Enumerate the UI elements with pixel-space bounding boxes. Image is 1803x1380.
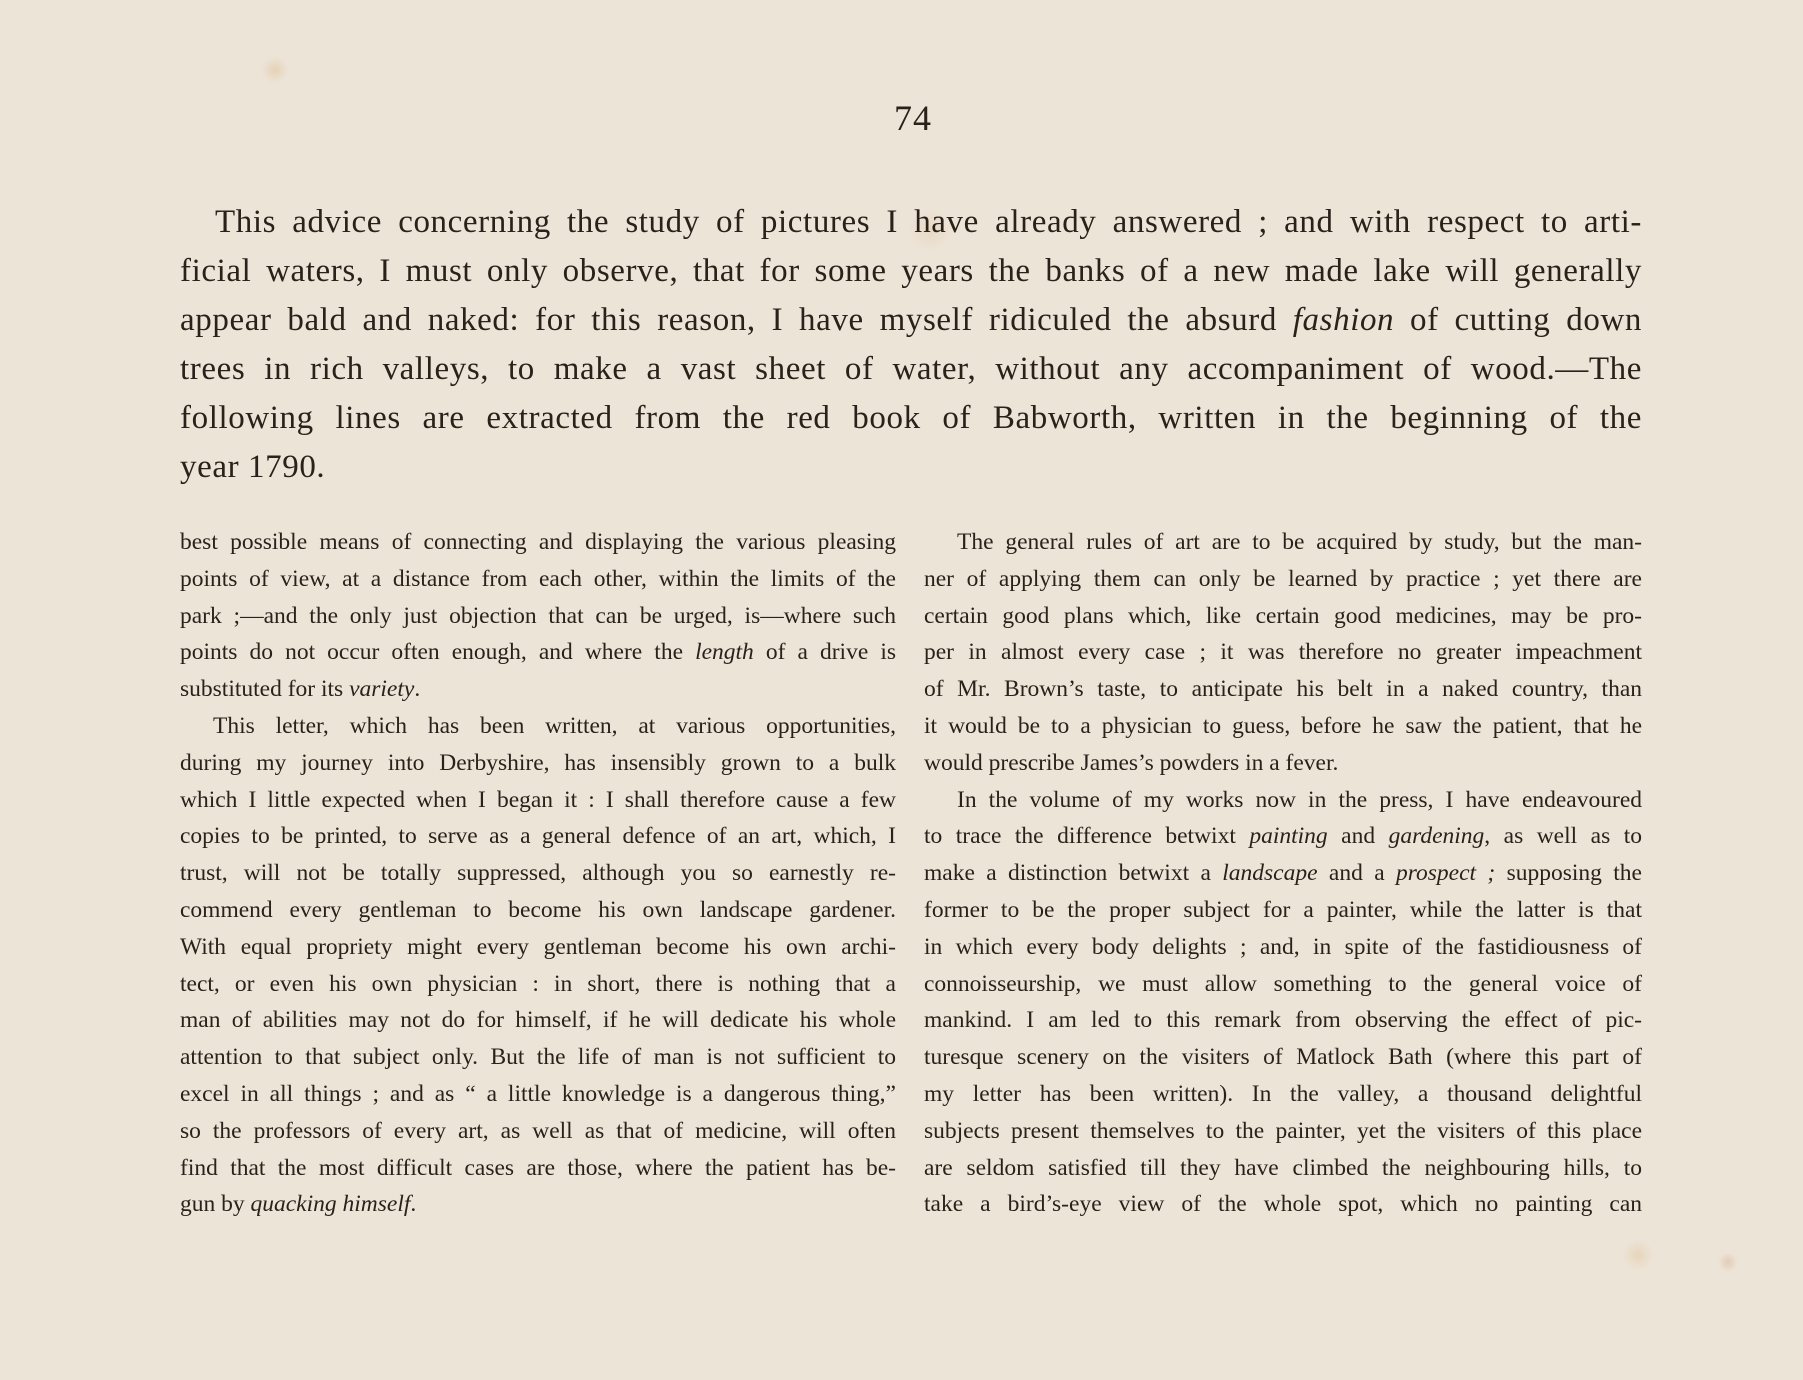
text-line: year 1790. [180, 443, 1642, 492]
text-segment: to trace the difference betwixt [924, 823, 1249, 849]
left-column: best possible means of connecting and di… [180, 524, 896, 1223]
text-line: man of abilities may not do for himself,… [180, 1002, 896, 1039]
text-segment: . [410, 1191, 416, 1217]
text-segment: and a [1318, 860, 1396, 886]
text-segment: trees in rich valleys, to make a vast sh… [180, 351, 1642, 387]
text-line: tect, or even his own physician : in sho… [180, 966, 896, 1003]
text-line: my letter has been written). In the vall… [924, 1076, 1642, 1113]
text-segment: gun by [180, 1191, 251, 1217]
text-segment: This advice concerning the study of pict… [215, 204, 1642, 240]
text-line: during my journey into Derbyshire, has i… [180, 745, 896, 782]
italic-text: fashion [1293, 302, 1394, 338]
text-segment: substituted for its [180, 676, 349, 702]
text-line: per in almost every case ; it was theref… [924, 634, 1642, 671]
text-segment: best possible means of connecting and di… [180, 529, 896, 555]
text-line: to trace the difference betwixt painting… [924, 818, 1642, 855]
text-line: copies to be printed, to serve as a gene… [180, 818, 896, 855]
italic-text: variety [349, 676, 414, 702]
text-segment: are seldom satisfied till they have clim… [924, 1155, 1642, 1181]
text-line: gun by quacking himself. [180, 1186, 896, 1223]
text-segment: it would be to a physician to guess, bef… [924, 713, 1642, 739]
text-line: connoisseurship, we must allow something… [924, 966, 1642, 1003]
text-line: certain good plans which, like certain g… [924, 598, 1642, 635]
text-line: With equal propriety might every gentlem… [180, 929, 896, 966]
text-line: In the volume of my works now in the pre… [924, 782, 1642, 819]
text-segment: which I little expected when I began it … [180, 787, 896, 813]
text-segment: so the professors of every art, as well … [180, 1118, 896, 1144]
text-segment: turesque scenery on the visiters of Matl… [924, 1044, 1642, 1070]
text-line: so the professors of every art, as well … [180, 1113, 896, 1150]
text-segment: This letter, which has been written, at … [213, 713, 896, 739]
text-segment: appear bald and naked: for this reason, … [180, 302, 1293, 338]
text-segment: park ;—and the only just objection that … [180, 603, 896, 629]
text-segment: excel in all things ; and as “ a little … [180, 1081, 896, 1107]
text-line: This letter, which has been written, at … [180, 708, 896, 745]
text-segment: ficial waters, I must only observe, that… [180, 253, 1642, 289]
text-segment: of a drive is [754, 639, 896, 665]
text-segment: and [1328, 823, 1389, 849]
right-column: The general rules of art are to be acqui… [924, 524, 1642, 1223]
text-segment: mankind. I am led to this remark from ob… [924, 1007, 1642, 1033]
text-line: best possible means of connecting and di… [180, 524, 896, 561]
text-segment: my letter has been written). In the vall… [924, 1081, 1642, 1107]
text-segment: With equal propriety might every gentlem… [180, 934, 896, 960]
text-line: points do not occur often enough, and wh… [180, 634, 896, 671]
text-segment: certain good plans which, like certain g… [924, 603, 1642, 629]
text-segment: per in almost every case ; it was theref… [924, 639, 1642, 665]
text-segment: tect, or even his own physician : in sho… [180, 971, 896, 997]
page-number: 74 [0, 98, 1803, 138]
text-line: trees in rich valleys, to make a vast sh… [180, 345, 1642, 394]
text-segment: man of abilities may not do for himself,… [180, 1007, 896, 1033]
text-line: it would be to a physician to guess, bef… [924, 708, 1642, 745]
text-line: find that the most difficult cases are t… [180, 1150, 896, 1187]
text-segment: points of view, at a distance from each … [180, 566, 896, 592]
text-segment: commend every gentleman to become his ow… [180, 897, 896, 923]
italic-text: prospect ; [1396, 860, 1495, 886]
text-line: points of view, at a distance from each … [180, 561, 896, 598]
text-segment: of cutting down [1394, 302, 1642, 338]
text-line: subjects present themselves to the paint… [924, 1113, 1642, 1150]
text-segment: connoisseurship, we must allow something… [924, 971, 1642, 997]
text-segment: following lines are extracted from the r… [180, 400, 1642, 436]
text-line: appear bald and naked: for this reason, … [180, 296, 1642, 345]
text-line: mankind. I am led to this remark from ob… [924, 1002, 1642, 1039]
text-line: would prescribe James’s powders in a fev… [924, 745, 1642, 782]
text-line: This advice concerning the study of pict… [180, 198, 1642, 247]
text-line: of Mr. Brown’s taste, to anticipate his … [924, 671, 1642, 708]
italic-text: length [695, 639, 754, 665]
text-line: ner of applying them can only be learned… [924, 561, 1642, 598]
text-segment: take a bird’s-eye view of the whole spot… [924, 1191, 1642, 1217]
italic-text: painting [1249, 823, 1327, 849]
text-segment: find that the most difficult cases are t… [180, 1155, 896, 1181]
text-segment: supposing the [1495, 860, 1642, 886]
text-segment: in which every body delights ; and, in s… [924, 934, 1642, 960]
text-segment: , as well as to [1484, 823, 1642, 849]
text-line: ficial waters, I must only observe, that… [180, 247, 1642, 296]
text-line: excel in all things ; and as “ a little … [180, 1076, 896, 1113]
text-segment: ner of applying them can only be learned… [924, 566, 1642, 592]
italic-text: quacking himself [251, 1191, 411, 1217]
text-segment: points do not occur often enough, and wh… [180, 639, 695, 665]
text-segment: make a distinction betwixt a [924, 860, 1222, 886]
text-line: former to be the proper subject for a pa… [924, 892, 1642, 929]
text-line: following lines are extracted from the r… [180, 394, 1642, 443]
text-segment: subjects present themselves to the paint… [924, 1118, 1642, 1144]
text-line: turesque scenery on the visiters of Matl… [924, 1039, 1642, 1076]
text-line: attention to that subject only. But the … [180, 1039, 896, 1076]
text-line: in which every body delights ; and, in s… [924, 929, 1642, 966]
intro-paragraph: This advice concerning the study of pict… [180, 198, 1642, 492]
text-segment: during my journey into Derbyshire, has i… [180, 750, 896, 776]
text-segment: year 1790. [180, 449, 325, 485]
text-segment: of Mr. Brown’s taste, to anticipate his … [924, 676, 1642, 702]
text-segment: would prescribe James’s powders in a fev… [924, 750, 1338, 776]
text-line: substituted for its variety. [180, 671, 896, 708]
text-line: commend every gentleman to become his ow… [180, 892, 896, 929]
text-line: are seldom satisfied till they have clim… [924, 1150, 1642, 1187]
text-segment: . [414, 676, 420, 702]
text-segment: trust, will not be totally suppressed, a… [180, 860, 896, 886]
text-segment: In the volume of my works now in the pre… [957, 787, 1642, 813]
text-segment: former to be the proper subject for a pa… [924, 897, 1642, 923]
italic-text: gardening [1389, 823, 1485, 849]
text-line: trust, will not be totally suppressed, a… [180, 855, 896, 892]
text-line: which I little expected when I began it … [180, 782, 896, 819]
text-line: park ;—and the only just objection that … [180, 598, 896, 635]
italic-text: landscape [1222, 860, 1317, 886]
text-segment: copies to be printed, to serve as a gene… [180, 823, 896, 849]
text-segment: attention to that subject only. But the … [180, 1044, 896, 1070]
text-line: take a bird’s-eye view of the whole spot… [924, 1186, 1642, 1223]
text-segment: The general rules of art are to be acqui… [957, 529, 1642, 555]
text-line: make a distinction betwixt a landscape a… [924, 855, 1642, 892]
text-line: The general rules of art are to be acqui… [924, 524, 1642, 561]
